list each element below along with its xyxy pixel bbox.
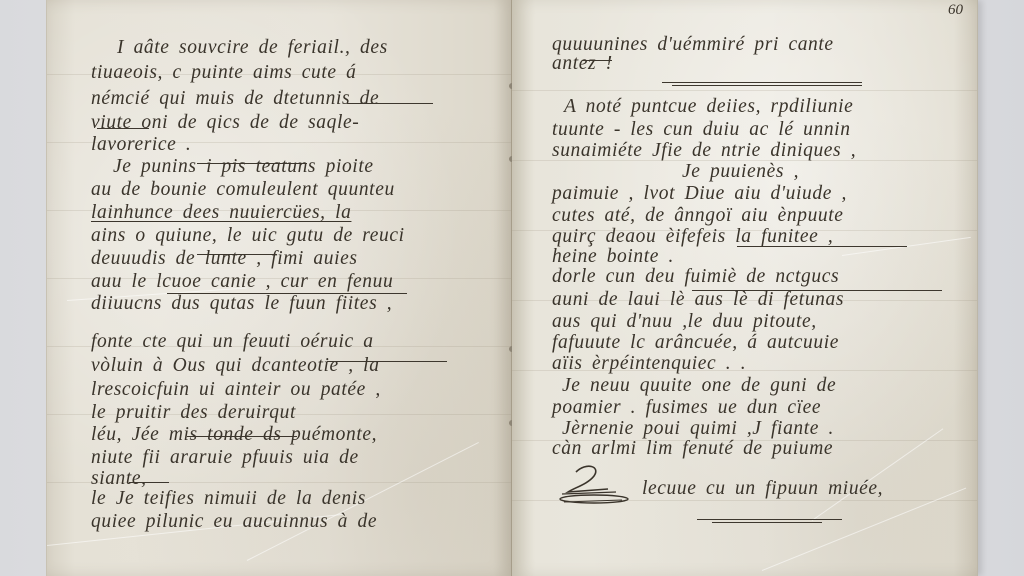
underline-stroke	[737, 246, 907, 247]
underline-stroke	[347, 103, 433, 104]
flourish-ornament-icon	[556, 462, 636, 508]
handwritten-line: paimuie , lvot Diue aiu d'uiude ,	[552, 182, 847, 206]
page-ruling	[512, 90, 977, 91]
handwritten-line: lecuue cu un fipuun miuée,	[642, 477, 883, 501]
handwritten-line: Je neuu quuite one de guni de	[562, 374, 836, 398]
handwritten-line: lrescoicfuin ui ainteir ou patée ,	[91, 378, 381, 402]
handwritten-line: auni de laui lè aus lè di fetunas	[552, 288, 844, 312]
section-divider-rule	[662, 82, 862, 83]
handwritten-line: auu le lcuoe canie , cur en fenuu	[91, 270, 393, 294]
handwritten-line: I aâte souvcire de feriail., des	[117, 36, 388, 60]
underline-stroke	[187, 436, 297, 437]
handwritten-line: vòluin à Ous qui dcanteotie , la	[91, 354, 380, 378]
handwritten-line: némcié qui muis de dtetunnis de	[91, 87, 379, 111]
handwritten-line: deuuudis de lunte , fimi auies	[91, 247, 358, 271]
handwritten-line: antez !	[552, 52, 613, 76]
notebook-spread: I aâte souvcire de feriail., des tiuaeoi…	[0, 0, 1024, 576]
underline-stroke	[167, 293, 407, 294]
handwritten-line: Je punins i pis teatuns pioite	[113, 155, 374, 179]
section-divider-rule	[672, 85, 862, 86]
underline-stroke	[582, 60, 612, 61]
underline-stroke	[97, 128, 149, 129]
handwritten-line: tiuaeois, c puinte aims cute á	[91, 61, 356, 85]
handwritten-line: aïis èrpéintenquiec . .	[552, 352, 746, 376]
handwritten-line: au de bounie comuleulent quunteu	[91, 178, 395, 202]
handwritten-line: léu, Jée mis tonde ds puémonte,	[91, 423, 377, 447]
left-page: I aâte souvcire de feriail., des tiuaeoi…	[46, 0, 512, 576]
handwritten-line: le pruitir des deruirqut	[91, 401, 296, 425]
handwritten-line: diiuucns dus qutas le fuun fiites ,	[91, 292, 392, 316]
underline-stroke	[197, 163, 307, 164]
handwritten-line: quiee pilunic eu aucuinnus à de	[91, 510, 377, 534]
handwritten-line: càn arlmi lim fenuté de puiume	[552, 437, 833, 461]
underline-stroke	[692, 290, 942, 291]
underline-stroke	[197, 254, 277, 255]
underline-stroke	[327, 361, 447, 362]
handwritten-line: fonte cte qui un feuuti oéruic a	[91, 330, 374, 354]
handwritten-line: A noté puntcue deiies, rpdiliunie	[564, 95, 853, 119]
closing-rule	[712, 522, 822, 523]
handwritten-line: le Je teifies nimuii de la denis	[91, 487, 366, 511]
handwritten-line: viute oni de qics de de saqle-	[91, 111, 359, 135]
handwritten-line: Je puuienès ,	[682, 160, 799, 184]
handwritten-line: lavorerice .	[91, 133, 191, 157]
handwritten-line: lainhunce dees nuuiercües, la	[91, 201, 351, 225]
page-number: 60	[948, 2, 963, 19]
handwritten-line: ains o quiune, le uic gutu de reuci	[91, 224, 405, 248]
handwritten-line: dorle cun deu fuimiè de nctgucs	[552, 265, 839, 289]
right-page: 60 quuuunines d'uémmiré pri cante antez …	[512, 0, 978, 576]
closing-rule	[697, 519, 842, 520]
underline-stroke	[129, 482, 169, 483]
